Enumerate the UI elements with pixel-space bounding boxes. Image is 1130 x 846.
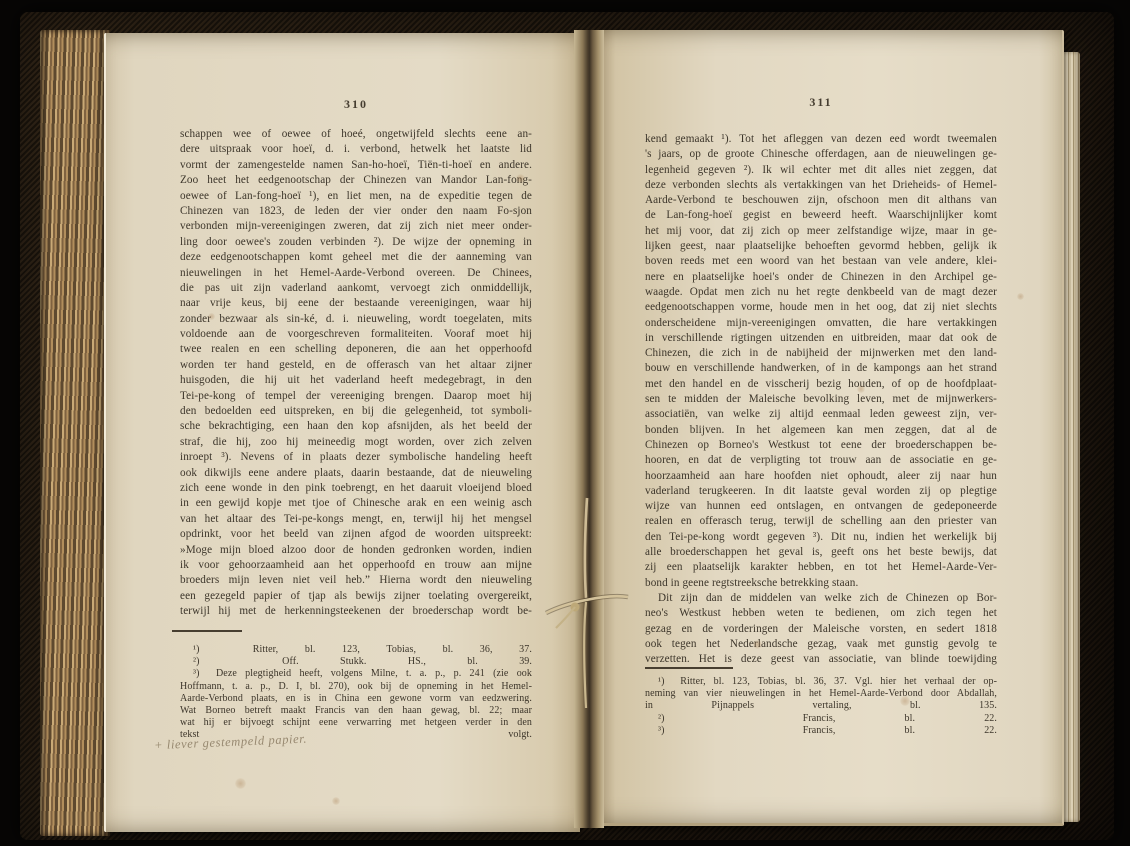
footnote-line: Hoffmann, t. a. p., D. I, bl. 270), ook … — [180, 681, 532, 693]
right-page-body: kend gemaakt ¹). Tot het afleggen van de… — [645, 132, 997, 667]
text-line: ling door oewee's zouden verbinden ²). D… — [180, 235, 532, 250]
footnote-line: neming van vier nieuwelingen in het Heme… — [645, 688, 997, 700]
text-line: Aarde-Verbond te beschouwen zijn, ofscho… — [645, 193, 997, 208]
text-line: schappen wee of oewee of hoeé, ongetwijf… — [180, 127, 532, 142]
text-line: met den handel en de visscherij bezig ho… — [645, 377, 997, 392]
text-line: in een gewijd kopje met tjoe of Chinesch… — [180, 496, 532, 511]
text-line: ook tegen het Nederlandsche gezag, vaak … — [645, 637, 997, 652]
footnote-line: in Pijnappels vertaling, bl. 135. — [645, 700, 997, 712]
right-page-footnotes: ¹) Ritter, bl. 123, Tobias, bl. 36, 37. … — [645, 676, 997, 737]
text-line: een gezegeld papier of tjap als bewijs z… — [180, 589, 532, 604]
footnote-line: ¹) Ritter, bl. 123, Tobias, bl. 36, 37. — [180, 644, 532, 656]
text-line: gezag en de vorderingen der Maleische vo… — [645, 622, 997, 637]
book-photo: 310 schappen wee of oewee of hoeé, onget… — [0, 0, 1130, 846]
right-page-number: 311 — [645, 95, 997, 110]
text-line: terwijl hij met de herkenningsteekenen d… — [180, 604, 532, 619]
foxing-spot — [1017, 293, 1024, 300]
text-line: oewee of Lan-fong-hoeï ¹), en liet men, … — [180, 189, 532, 204]
text-line: van het altaar des Tei-pe-kongs mengt, e… — [180, 512, 532, 527]
text-line: de Lan-fong-hoeï gegist en beweerd heeft… — [645, 208, 997, 223]
text-line: eedgenootschappen vorme, houde men in he… — [645, 300, 997, 315]
foxing-spot — [208, 313, 215, 320]
binding-thread — [538, 470, 650, 715]
text-line: in verschillende rigtingen uitzenden en … — [645, 331, 997, 346]
text-line: realen en offerasch terug, terwijl de sc… — [645, 514, 997, 529]
text-line: zij een plaatselijk karakter hebben, en … — [645, 560, 997, 575]
text-line: zonder bezwaar als sin-ké, d. i. nieuwel… — [180, 312, 532, 327]
footnote-line: ³) Deze plegtigheid heeft, volgens Milne… — [180, 668, 532, 680]
left-page-edges — [40, 30, 110, 836]
text-line: zich eene wonde in den pink toebrengt, e… — [180, 481, 532, 496]
text-line: Chinezen van 1823, de leden der vier ond… — [180, 204, 532, 219]
text-line: 's jaars, op de groote Chinesche offerda… — [645, 147, 997, 162]
text-line: ik voor gehoorzaamheid aan het opperhoof… — [180, 558, 532, 573]
text-line: alle broederschappen het geval is, geeft… — [645, 545, 997, 560]
text-line: Chinezen, die zich in de nabijheid der m… — [645, 346, 997, 361]
text-line: twee realen en een schelling deponeren, … — [180, 342, 532, 357]
foxing-spot — [753, 640, 762, 649]
foxing-spot — [900, 696, 910, 706]
text-line: Chinezen op Borneo's Westkust tot eene d… — [645, 438, 997, 453]
text-line: inroept ³). Nevens of in plaats dezer sy… — [180, 450, 532, 465]
text-line: broeders mijn leven niet veil heb.” Hier… — [180, 573, 532, 588]
footnote-line: ¹) Ritter, bl. 123, Tobias, bl. 36, 37. … — [645, 676, 997, 688]
text-line: Tei-pe-kong of tempel der vereeniging br… — [180, 389, 532, 404]
footnote-line: ³) Francis, bl. 22. — [645, 725, 997, 737]
foxing-spot — [235, 778, 246, 789]
right-page: 311 kend gemaakt ¹). Tot het afleggen va… — [602, 30, 1064, 826]
footnote-line: wat hij er bijvoegt schijnt eene verwarr… — [180, 717, 532, 729]
text-line: sche bekrachtiging, een haan den kop afs… — [180, 419, 532, 434]
text-line: verbonden mijn-vereenigingen zweren, dat… — [180, 219, 532, 234]
text-line: Zoo heet het eedgenootschap der Chinezen… — [180, 173, 532, 188]
text-line: neo's Westkust hebben weten te bedienen,… — [645, 606, 997, 621]
text-line: deze eedgenootschappen komt geheel met d… — [180, 250, 532, 265]
text-line: vaderland terugkeeren. In dit laatste ge… — [645, 484, 997, 499]
left-page: 310 schappen wee of oewee of hoeé, onget… — [104, 33, 580, 832]
text-line: lijken geest, naar plaatselijke behoefte… — [645, 239, 997, 254]
text-line: vormt der zamengestelde namen San-ho-hoe… — [180, 158, 532, 173]
text-line: hoorzaamheid aan hare hoofden niet ophou… — [645, 469, 997, 484]
text-line: bouw en verschillende handwerken, of in … — [645, 361, 997, 376]
foxing-spot — [857, 385, 865, 393]
footnote-line: ²) Off. Stukk. HS., bl. 39. — [180, 656, 532, 668]
text-line: bonden blijven. In het algemeen kan men … — [645, 423, 997, 438]
text-line: kend gemaakt ¹). Tot het afleggen van de… — [645, 132, 997, 147]
text-line: »Moge mijn bloed alzoo door de honden ge… — [180, 543, 532, 558]
right-footnote-separator — [645, 667, 733, 669]
foxing-spot — [516, 174, 525, 183]
text-line: boven reeds met een woord van het bestaa… — [645, 254, 997, 269]
text-line: voldoende aan de voorgeschreven formalit… — [180, 327, 532, 342]
text-line: bond in geene regtstreeksche betrekking … — [645, 576, 997, 591]
left-page-number: 310 — [180, 97, 532, 112]
text-line: verzetten. Het is deze geest van associa… — [645, 652, 997, 667]
text-line: dere uitspraak voor hoeï, d. i. verbond,… — [180, 142, 532, 157]
text-line: naar vrije keus, bij eene der bestaande … — [180, 296, 532, 311]
text-line: wijze van hunnen eed ontslagen, en ontva… — [645, 499, 997, 514]
left-page-body: schappen wee of oewee of hoeé, ongetwijf… — [180, 127, 532, 620]
text-line: legenheid gegeven ²). Ik wil echter met … — [645, 163, 997, 178]
text-line: straf, die hij, zoo hij meineedig mogt w… — [180, 435, 532, 450]
text-line: hooren, en dat de verpligting tot trouw … — [645, 453, 997, 468]
text-line: het mij voor, dat zij zich op meer zelfs… — [645, 224, 997, 239]
text-line: opdrinkt, voor het beeld van zijnen afgo… — [180, 527, 532, 542]
text-line: die pas uit zijn vaderland aankomt, verv… — [180, 281, 532, 296]
footnote-line: Wat Borneo betreft maakt Francis van den… — [180, 705, 532, 717]
left-footnote-separator — [172, 630, 242, 632]
text-line: nieuwelingen in het Hemel-Aarde-Verbond … — [180, 266, 532, 281]
text-line: deze verbonden slechts als vertakkingen … — [645, 178, 997, 193]
text-line: associatiën, van welke zij altijd eenmaa… — [645, 407, 997, 422]
text-line: onderscheidene mijn-vereenigingen omvatt… — [645, 316, 997, 331]
left-page-footnotes: ¹) Ritter, bl. 123, Tobias, bl. 36, 37.²… — [180, 644, 532, 742]
footnote-line: ²) Francis, bl. 22. — [645, 713, 997, 725]
footnote-line: Aarde-Verbond plaats, en is in China een… — [180, 693, 532, 705]
text-line: den Tei-pe-kong wordt gegeven ³). Dit nu… — [645, 530, 997, 545]
text-line: den bedoelden eed uitspreken, en bij die… — [180, 404, 532, 419]
text-line: Dit zijn dan de middelen van welke zich … — [645, 591, 997, 606]
text-line: huisgoden, die hij uit het vaderland hee… — [180, 373, 532, 388]
foxing-spot — [332, 797, 340, 805]
text-line: nere en plaatselijke hoei's onder de Chi… — [645, 270, 997, 285]
text-line: waagde. Opdat men zich nu het regte denk… — [645, 285, 997, 300]
text-line: ook dikwijls eene andere plaats, daarin … — [180, 466, 532, 481]
text-line: worden ter hand gesteld, en de offerasch… — [180, 358, 532, 373]
text-line: sen te midden der Maleische bevolking le… — [645, 392, 997, 407]
